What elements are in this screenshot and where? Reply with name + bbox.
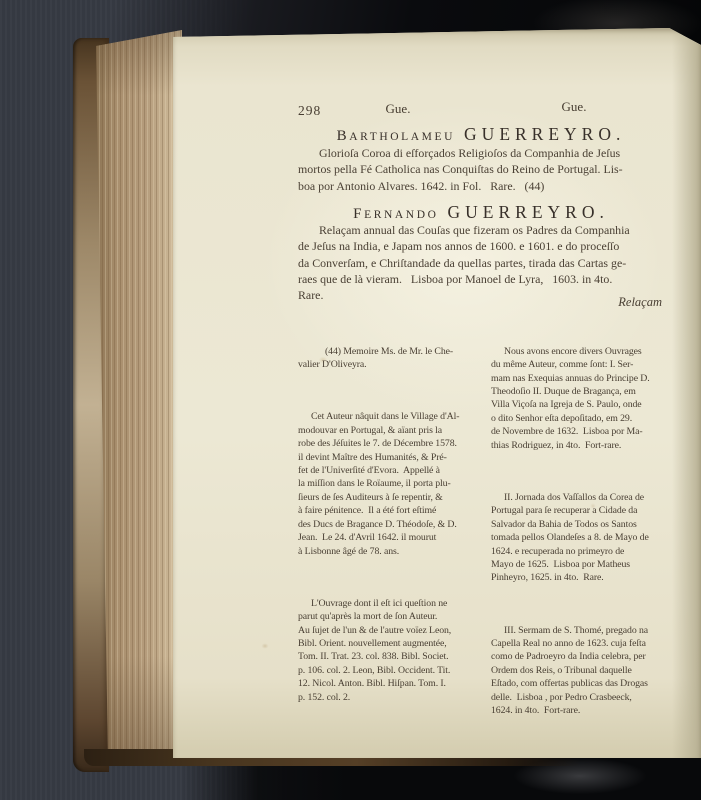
book-photo-scene: 298 Gue. Gue. BARTHOLAMEUGUERREYRO. Glor… [0,0,701,800]
text-line: robe des Jéſuites le 7. de Décembre 1578… [298,437,484,450]
entry-surname: GUERREYRO. [448,202,609,223]
book-fore-edge [96,30,182,758]
entry-body-fernando: Relaçam annual das Couſas que fizeram os… [298,222,664,303]
footnote-44-heading: (44) Memoire Ms. de Mr. le Che-valier D'… [298,345,484,372]
page-text-block: 298 Gue. Gue. BARTHOLAMEUGUERREYRO. Glor… [298,98,664,664]
text-line: 1624. in 4to. Fort-rare. [491,704,664,717]
text-line: Capella Real no anno de 1623. cuja feſta [491,637,664,650]
text-line: de Novembre de 1632. Lisboa por Ma- [491,425,664,438]
text-line: à faire pénitence. Il a été fort eſtimé [298,504,484,517]
footnote-paragraph-work-2: II. Jornada dos Vaſſallos da Corea dePor… [491,491,664,585]
page-number: 298 [298,103,321,119]
text-line: 12. Nicol. Anton. Bibl. Hiſpan. Tom. I. [298,677,484,690]
text-line: II. Jornada dos Vaſſallos da Corea de [491,491,664,504]
footnote-paragraph-references: L'Ouvrage dont il eſt ici queſtion nepar… [298,597,484,704]
text-line: delle. Lisboa , por Pedro Crasbeeck, [491,691,664,704]
text-line: p. 106. col. 2. Leon, Bibl. Occident. Ti… [298,664,484,677]
text-line: Relaçam annual das Couſas que fizeram os… [298,222,664,238]
text-line: Villa Viçoſa na Igreja de S. Paulo, onde [491,398,664,411]
entry-heading-fernando-guerreyro: FERNANDOGUERREYRO. [298,202,664,223]
entry-body-bartholameu: Glorioſa Coroa di eſforçados Religioſos … [298,145,664,194]
text-line: 1624. e recuperada no primeyro de [491,545,664,558]
footnote-left-column: (44) Memoire Ms. de Mr. le Che-valier D'… [298,318,484,731]
text-line: Mayo de 1625. Lisboa por Matheus [491,558,664,571]
text-line: mam nas Exequias annuas do Principe D. [491,372,664,385]
text-line: Rare. [298,287,664,303]
running-head-right: Gue. [546,99,602,115]
text-line: Theodoſio II. Duque de Bragança, em [491,385,664,398]
text-line: Cet Auteur nâquit dans le Village d'Al- [298,410,484,423]
text-line: boa por Antonio Alvares. 1642. in Fol. R… [298,178,664,194]
text-line: Pinheyro, 1625. in 4to. Rare. [491,571,664,584]
text-line: ſieurs de ſes Auditeurs à ſe repentir, & [298,491,484,504]
text-line: Bibl. Orient. nouvellement augmentée, [298,637,484,650]
entry-surname: GUERREYRO. [464,124,625,145]
text-line: o dito Senhor eſta depoſitado, em 29. [491,412,664,425]
footnote-paragraph-work-3: III. Sermam de S. Thomé, pregado naCapel… [491,624,664,718]
text-line: tomada pellos Olandeſes a 8. de Mayo de [491,531,664,544]
text-line: Ordem dos Reis, o Tribunal daquelle [491,664,664,677]
text-line: fet de l'Univerſité d'Evora. Appellé à [298,464,484,477]
footnote-paragraph-biography: Cet Auteur nâquit dans le Village d'Al-m… [298,410,484,557]
text-line: de Jeſus na India, e Japam nos annos de … [298,238,664,254]
text-line: Portugal para ſe recuperar a Cidade da [491,504,664,517]
entry-heading-bartholameu-guerreyro: BARTHOLAMEUGUERREYRO. [298,124,664,145]
text-line: du même Auteur, comme ſont: I. Ser- [491,358,664,371]
text-line: Glorioſa Coroa di eſforçados Religioſos … [298,145,664,161]
text-line: Nous avons encore divers Ouvrages [491,345,664,358]
text-line: parut qu'après la mort de ſon Auteur. [298,610,484,623]
text-line: p. 152. col. 2. [298,691,484,704]
text-line: L'Ouvrage dont il eſt ici queſtion ne [298,597,484,610]
text-line: Tom. II. Trat. 23. col. 838. Bibl. Socie… [298,650,484,663]
text-line: da Converſam, e Chriſtandade da quellas … [298,255,664,271]
running-head-left: Gue. [370,101,426,117]
entry-given-name: BARTHOLAMEU [337,128,455,145]
text-line: valier D'Oliveyra. [298,358,484,371]
text-line: (44) Memoire Ms. de Mr. le Che- [298,345,484,358]
text-line: à Lisbonne âgé de 78. ans. [298,545,484,558]
footnote-paragraph-work-1: Nous avons encore divers Ouvragesdu même… [491,345,664,452]
text-line: il devint Maître des Humanités, & Pré- [298,451,484,464]
text-line: Au ſujet de l'un & de l'autre voïez Leon… [298,624,484,637]
text-line: la miſſion dans le Roïaume, il porta plu… [298,477,484,490]
text-line: des Ducs de Bragance D. Théodoſe, & D. [298,518,484,531]
text-line: mortos pella Fé Catholica nas Conquiſtas… [298,161,664,177]
text-line: thias Rodriguez, in 4to. Fort-rare. [491,439,664,452]
catchword: Relaçam [618,295,662,310]
text-line: raes que de là vieram. Lisboa por Manoel… [298,271,664,287]
text-line: modouvar en Portugal, & aïant pris la [298,424,484,437]
text-line: Jean. Le 24. d'Avril 1642. il mourut [298,531,484,544]
footnote-right-column: Nous avons encore divers Ouvragesdu même… [491,318,664,744]
text-line: como de Padroeyro da India celebra, per [491,650,664,663]
text-line: Eſtado, com offertas publicas das Drogas [491,677,664,690]
entry-given-name: FERNANDO [353,206,438,223]
text-line: III. Sermam de S. Thomé, pregado na [491,624,664,637]
book-page: 298 Gue. Gue. BARTHOLAMEUGUERREYRO. Glor… [173,28,701,758]
text-line: Salvador da Bahia de Todos os Santos [491,518,664,531]
